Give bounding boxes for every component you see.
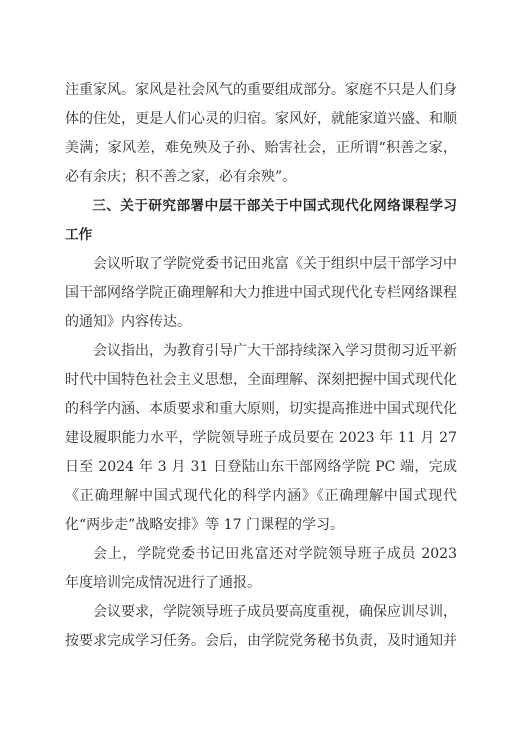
paragraph-meeting-pointed-out: 会议指出，为教育引导广大干部持续深入学习贯彻习近平新时代中国特色社会主义思想，全… bbox=[65, 337, 457, 540]
paragraph-meeting-requirements: 会议要求，学院领导班子成员要高度重视，确保应训尽训，按要求完成学习任务。会后，由… bbox=[65, 598, 457, 656]
paragraph-family-tradition: 注重家风。家风是社会风气的重要组成部分。家庭不只是人们身体的住处，更是人们心灵的… bbox=[65, 76, 457, 192]
section-heading-three: 三、关于研究部署中层干部关于中国式现代化网络课程学习工作 bbox=[65, 192, 457, 250]
paragraph-training-report: 会上，学院党委书记田兆富还对学院领导班子成员 2023 年度培训完成情况进行了通… bbox=[65, 540, 457, 598]
document-page: 注重家风。家风是社会风气的重要组成部分。家庭不只是人们身体的住处，更是人们心灵的… bbox=[0, 0, 521, 734]
paragraph-meeting-briefing: 会议听取了学院党委书记田兆富《关于组织中层干部学习中国干部网络学院正确理解和大力… bbox=[65, 250, 457, 337]
